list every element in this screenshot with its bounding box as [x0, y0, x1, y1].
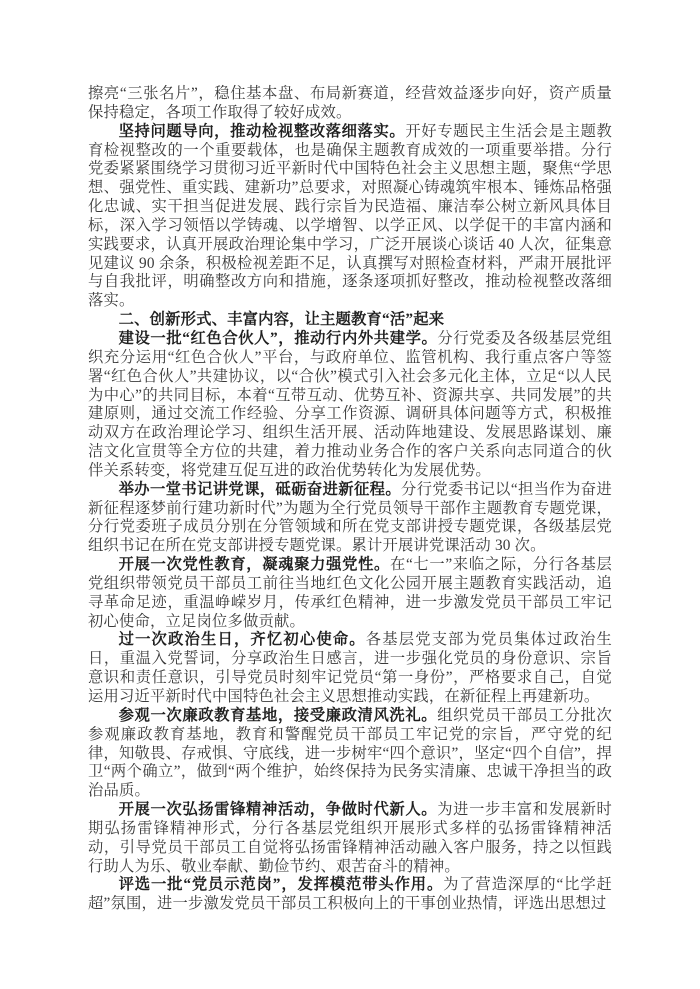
- paragraph: 过一次政治生日，齐忆初心使命。各基层党支部为党员集体过政治生日，重温入党誓词，分…: [88, 631, 612, 706]
- paragraph-lead: 开展一次弘扬雷锋精神活动，争做时代新人。: [119, 801, 438, 818]
- document-content: 擦亮“三张名片”，稳住基本盘、布局新赛道，经营效益逐步向好，资产质量保持稳定，各…: [88, 85, 612, 914]
- paragraph: 坚持问题导向，推动检视整改落细落实。开好专题民主生活会是主题教育检视整改的一个重…: [88, 123, 612, 311]
- paragraph-lead: 二、创新形式、丰富内容，让主题教育“活”起来: [119, 311, 445, 328]
- paragraph-text: 开好专题民主生活会是主题教育检视整改的一个重要载体，也是确保主题教育成效的一项重…: [88, 123, 612, 310]
- paragraph: 评选一批“党员示范岗”，发挥模范带头作用。为了营造深厚的“比学赶超”氛围，进一步…: [88, 876, 612, 914]
- paragraph: 擦亮“三张名片”，稳住基本盘、布局新赛道，经营效益逐步向好，资产质量保持稳定，各…: [88, 85, 612, 123]
- paragraph-lead: 过一次政治生日，齐忆初心使命。: [119, 631, 366, 648]
- paragraph: 开展一次弘扬雷锋精神活动，争做时代新人。为进一步丰富和发展新时期弘扬雷锋精神形式…: [88, 801, 612, 876]
- paragraph: 建设一批“红色合伙人”，推动行内外共建学。分行党委及各级基层党组织充分运用“红色…: [88, 330, 612, 481]
- paragraph-text: 擦亮“三张名片”，稳住基本盘、布局新赛道，经营效益逐步向好，资产质量保持稳定，各…: [88, 85, 612, 121]
- paragraph-lead: 开展一次党性教育，凝魂聚力强党性。: [119, 556, 390, 573]
- paragraph: 二、创新形式、丰富内容，让主题教育“活”起来: [88, 311, 612, 330]
- paragraph-lead: 评选一批“党员示范岗”，发挥模范带头作用。: [119, 876, 444, 893]
- paragraph-text: 分行党委及各级基层党组织充分运用“红色合伙人”平台，与政府单位、监管机构、我行重…: [88, 330, 612, 479]
- paragraph: 举办一堂书记讲党课，砥砺奋进新征程。分行党委书记以“担当作为奋进新征程逐梦前行建…: [88, 481, 612, 556]
- paragraph-lead: 参观一次廉政教育基地，接受廉政清风洗礼。: [119, 707, 438, 724]
- document-page: 擦亮“三张名片”，稳住基本盘、布局新赛道，经营效益逐步向好，资产质量保持稳定，各…: [0, 0, 700, 989]
- paragraph: 开展一次党性教育，凝魂聚力强党性。在“七一”来临之际，分行各基层党组织带领党员干…: [88, 556, 612, 631]
- paragraph-lead: 举办一堂书记讲党课，砥砺奋进新征程。: [119, 481, 401, 498]
- paragraph-lead: 坚持问题导向，推动检视整改落细落实。: [119, 123, 406, 140]
- paragraph-lead: 建设一批“红色合伙人”，推动行内外共建学。: [119, 330, 438, 347]
- paragraph: 参观一次廉政教育基地，接受廉政清风洗礼。组织党员干部员工分批次参观廉政教育基地，…: [88, 707, 612, 801]
